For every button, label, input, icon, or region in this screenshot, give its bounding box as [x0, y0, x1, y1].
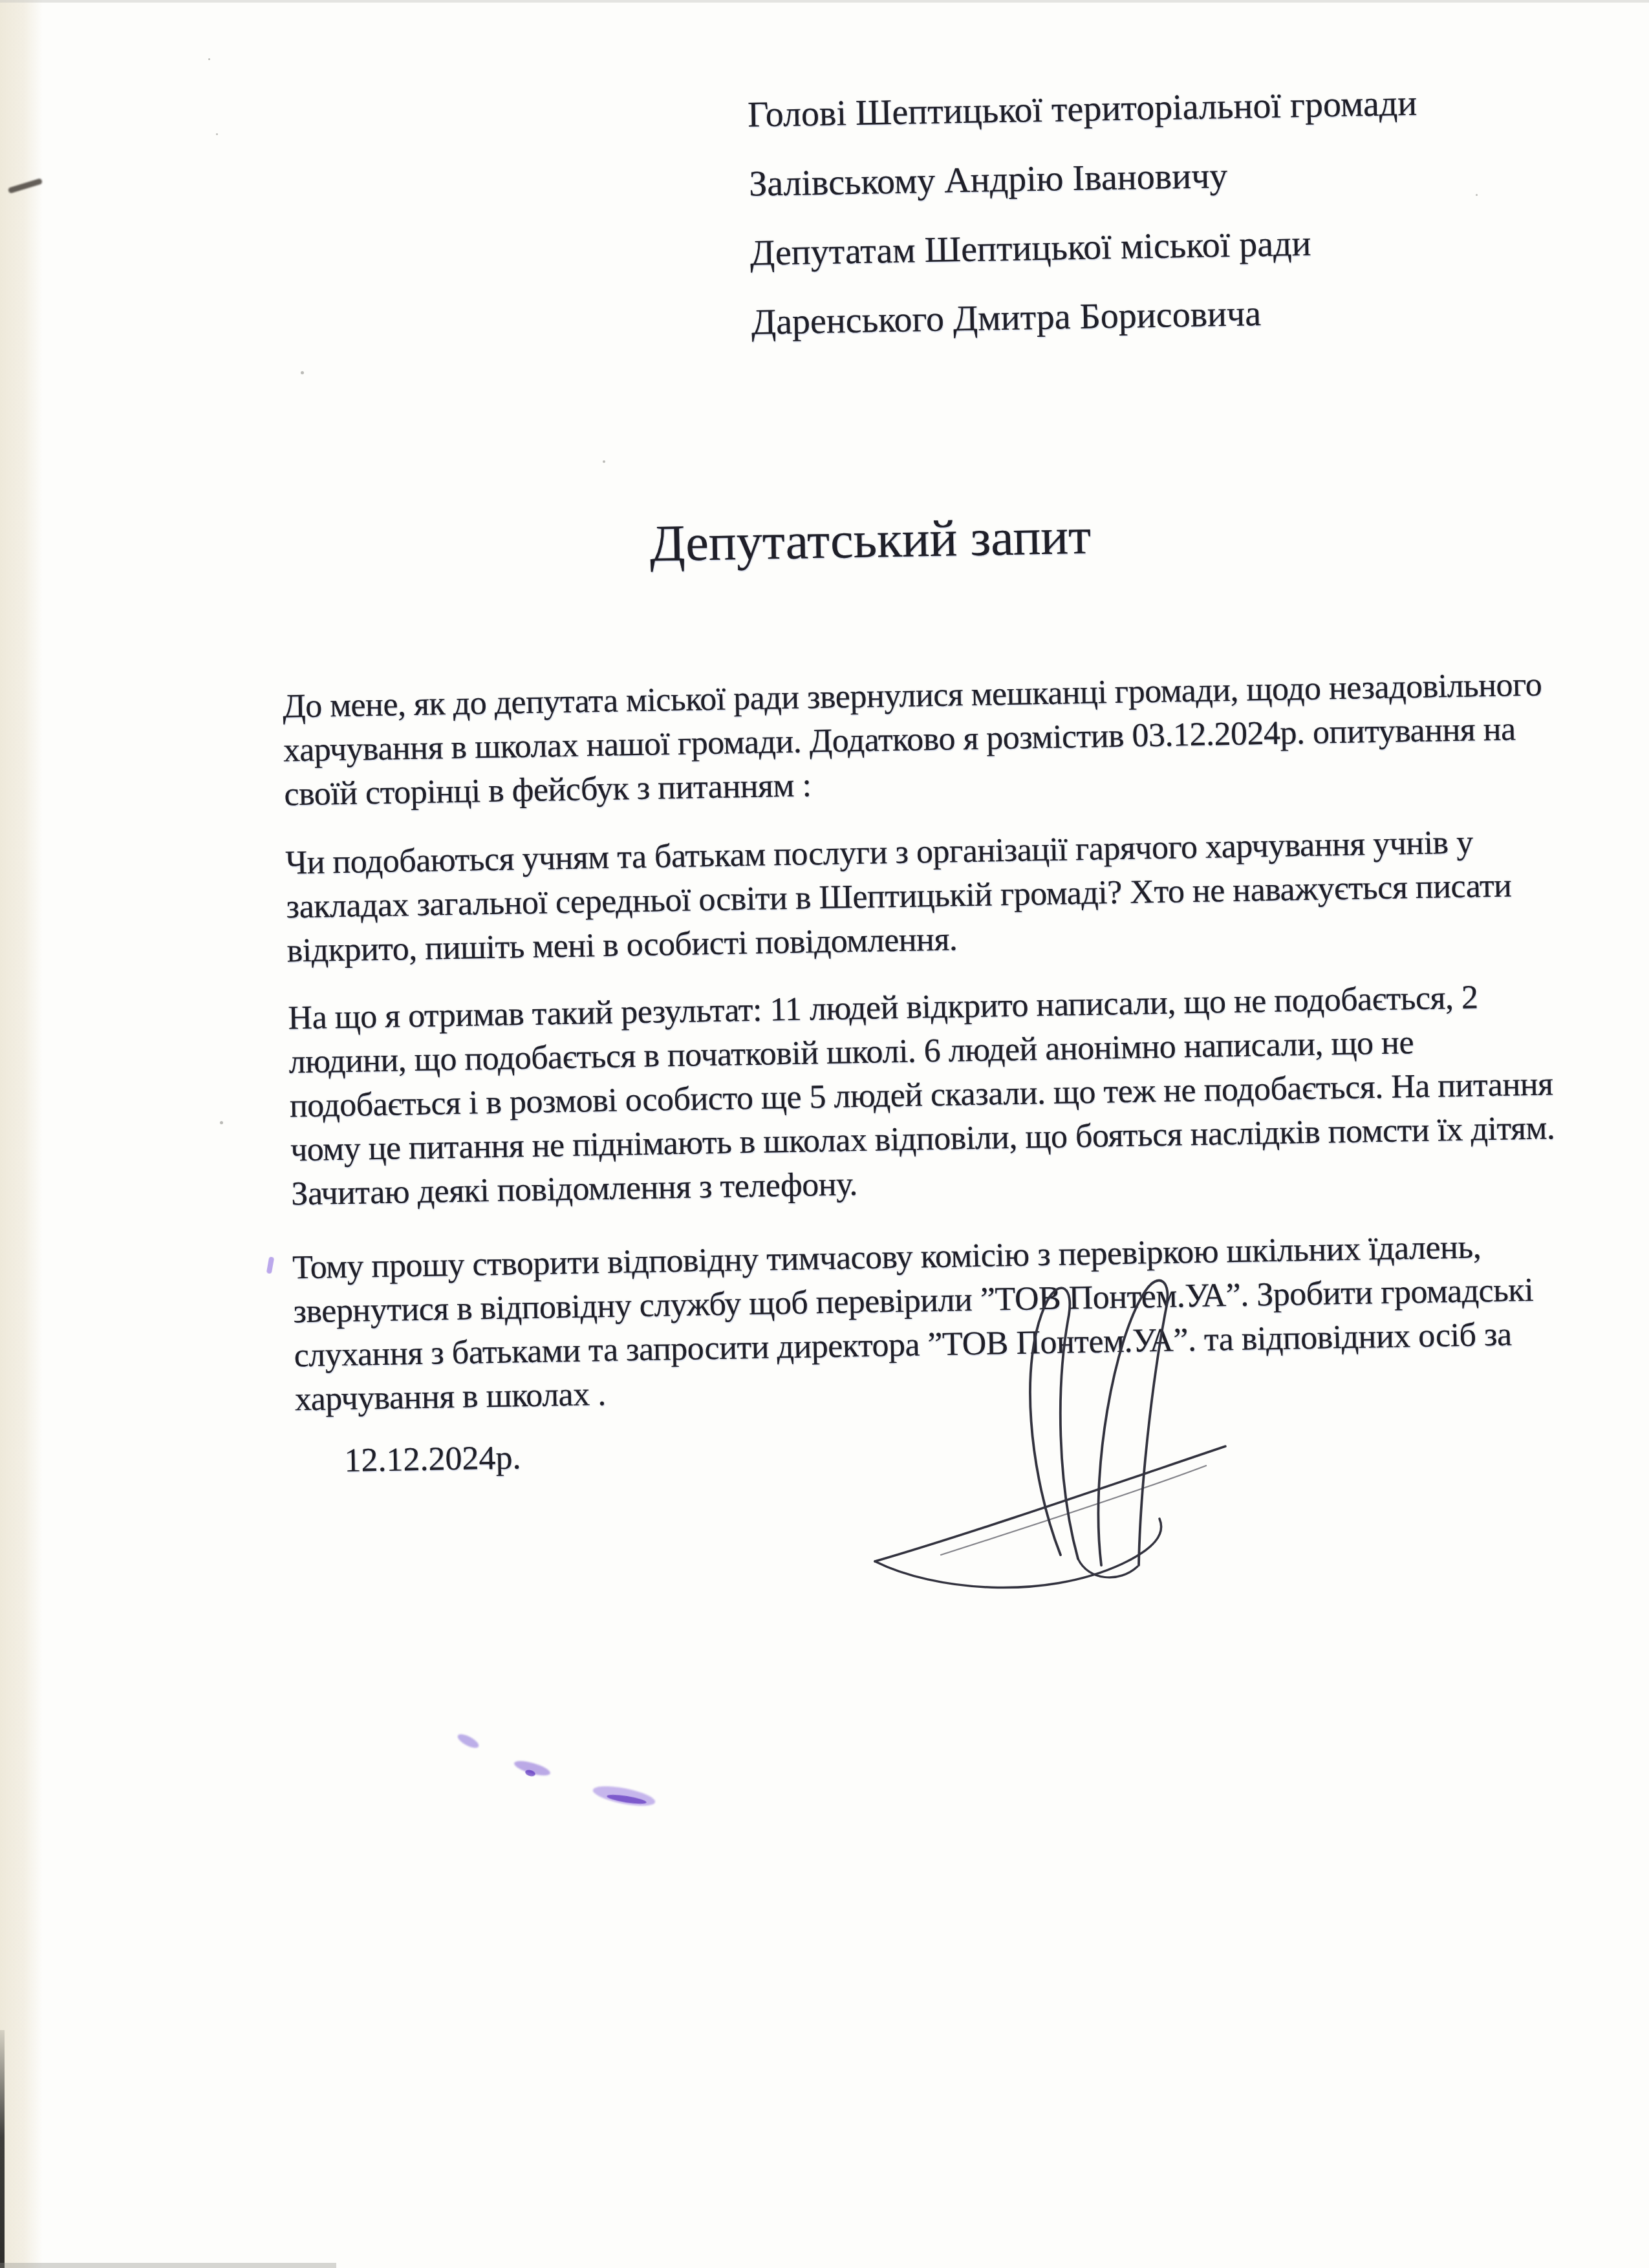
paragraph: До мене, як до депутата міської ради зве…	[283, 663, 1544, 817]
date-line: 12.12.2024р.	[344, 1436, 521, 1483]
recipient-line: Депутатам Шептицької міської ради	[749, 208, 1420, 288]
recipient-line: Даренського Дмитра Борисовича	[751, 277, 1421, 358]
document-content: Голові Шептицької територіальної громади…	[0, 0, 1649, 2267]
scanned-page: Голові Шептицької територіальної громади…	[0, 0, 1649, 2268]
paragraph: На що я отримав такий результат: 11 люде…	[288, 974, 1556, 1216]
recipient-block: Голові Шептицької територіальної громади…	[747, 69, 1421, 358]
paragraph: Чи подобаються учням та батькам послуги …	[285, 820, 1513, 973]
recipient-line: Голові Шептицької територіальної громади	[747, 69, 1417, 150]
recipient-line: Залівському Андрію Івановичу	[748, 138, 1419, 219]
document-title: Депутатський запит	[649, 506, 1092, 575]
scanner-shadow-line	[0, 2030, 5, 2268]
signature-scrawl	[863, 1277, 1238, 1603]
